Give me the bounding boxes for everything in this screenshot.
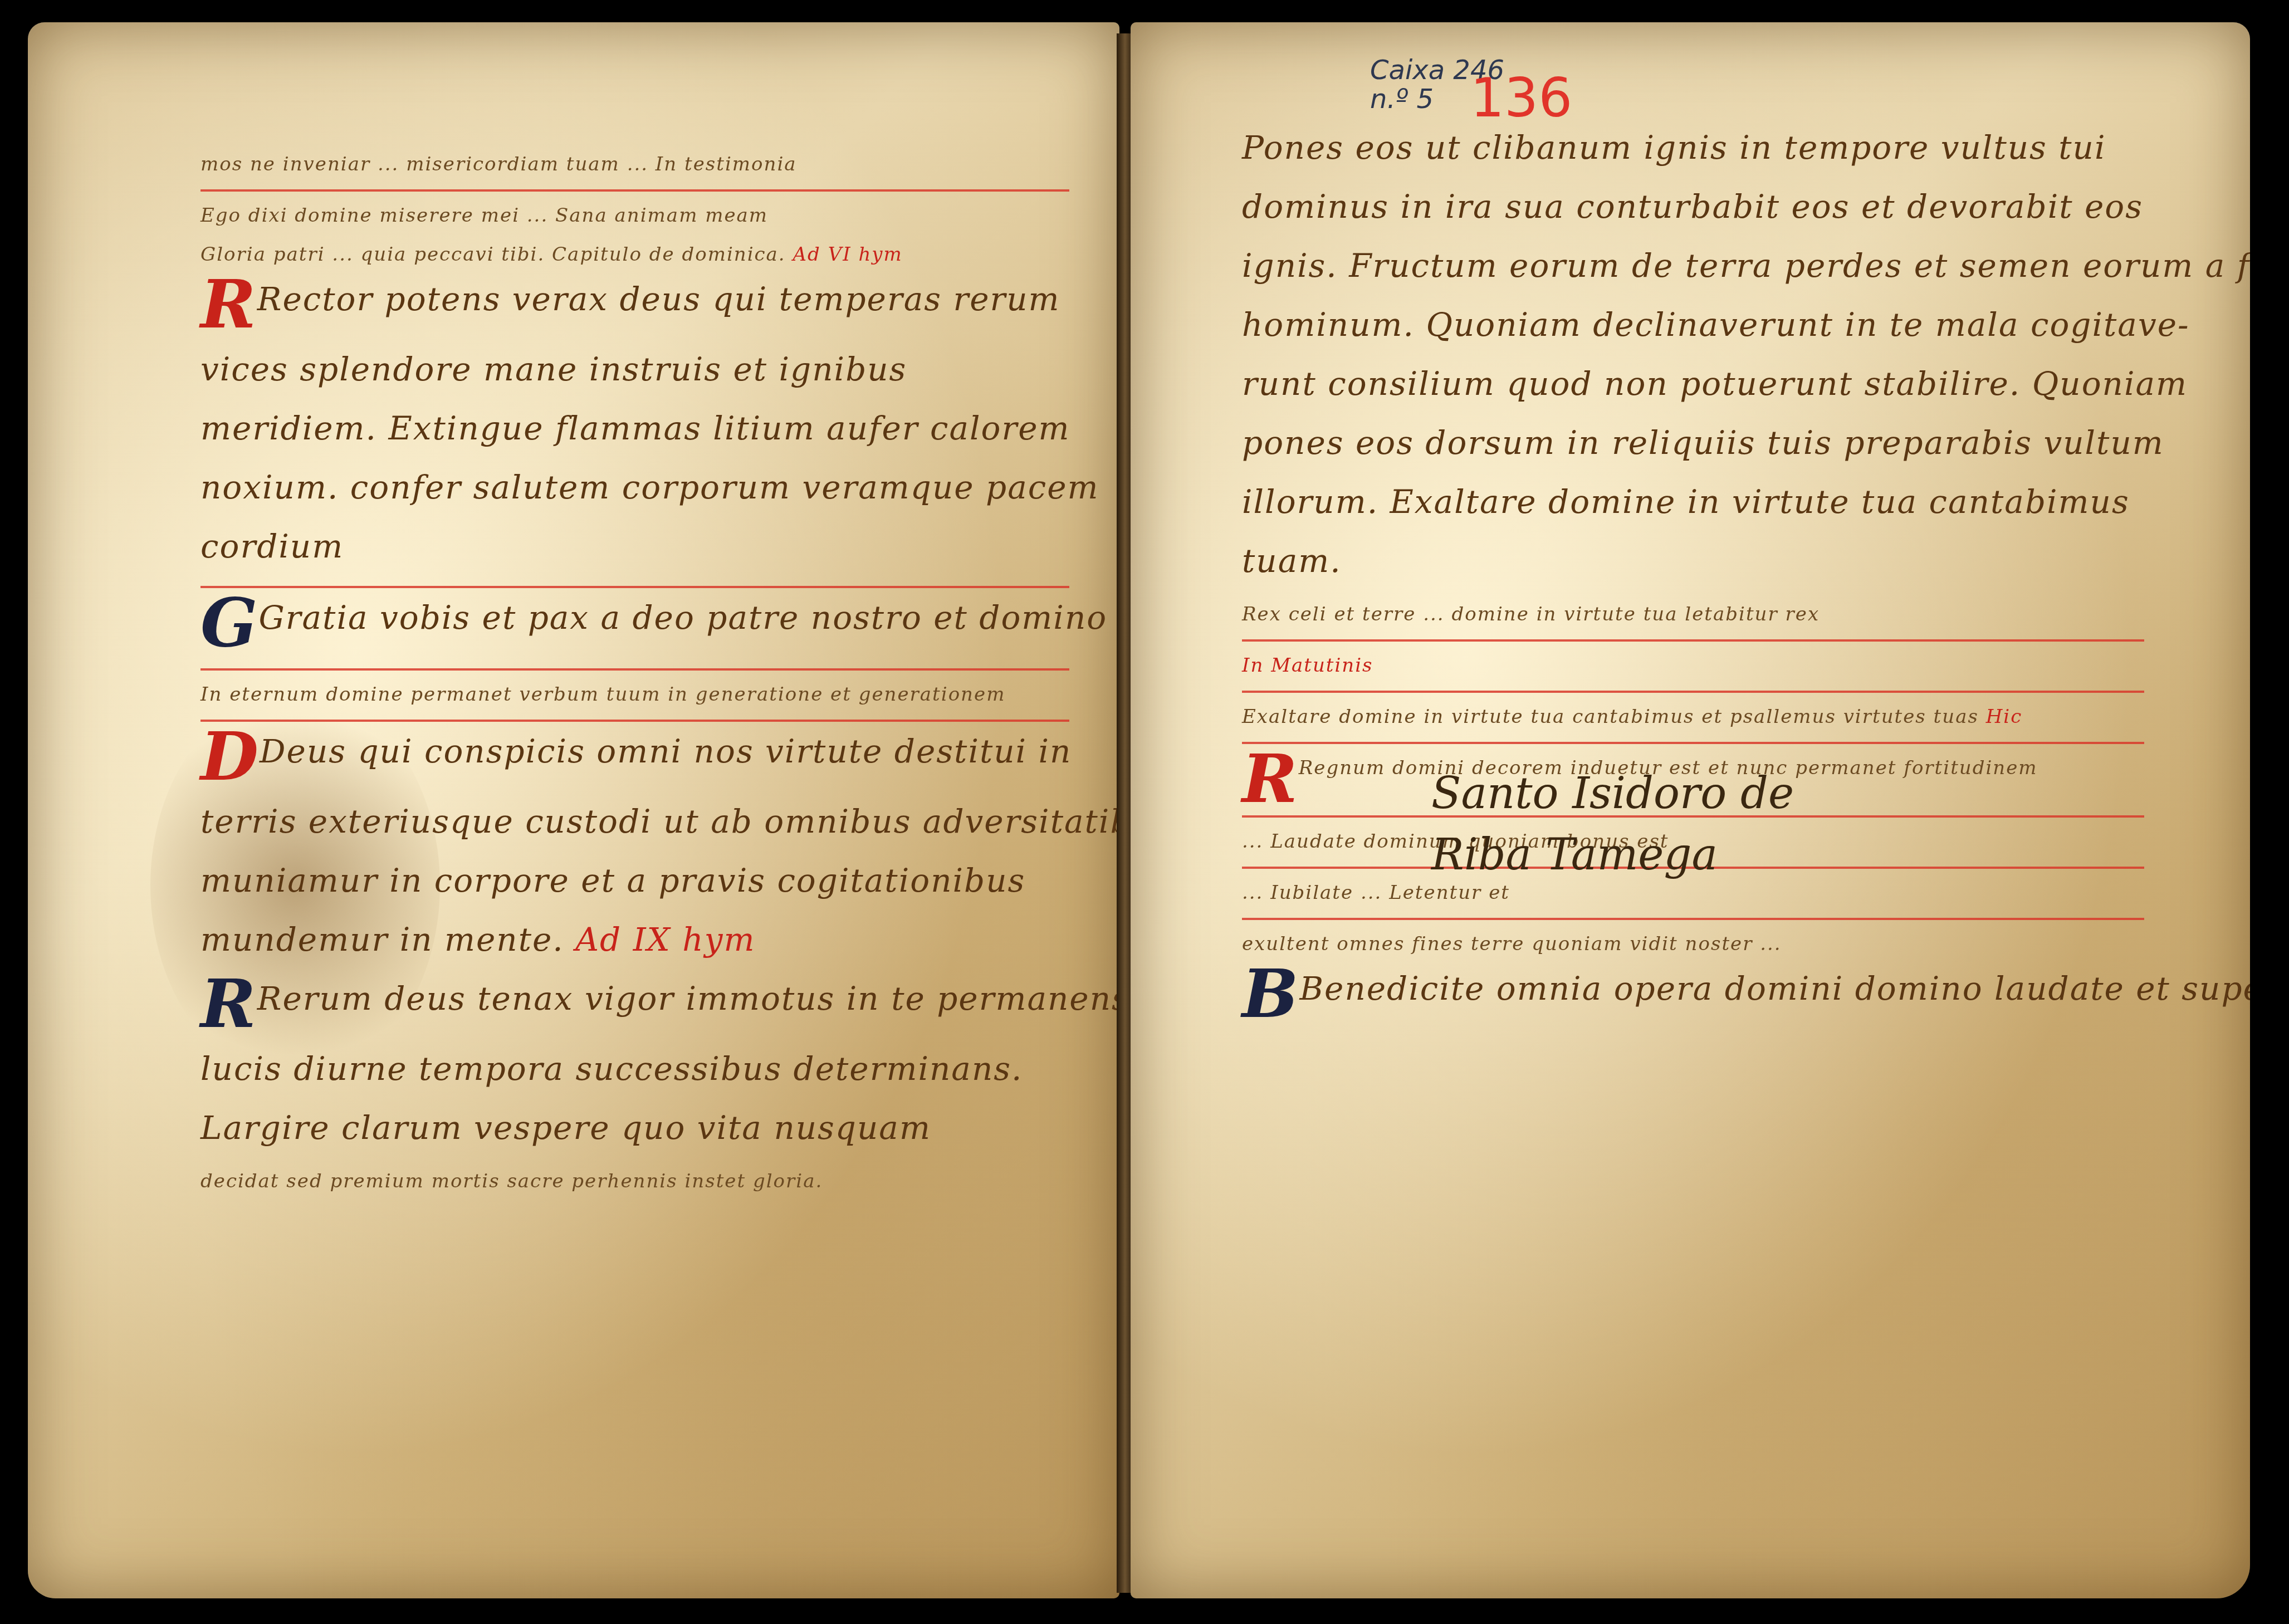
text-line: vices splendore mane instruis et ignibus	[200, 350, 1069, 389]
initial-letter: R	[200, 965, 257, 1043]
left-folio: mos ne inveniar ... misericordiam tuam .…	[28, 22, 1119, 1598]
text-line: lucis diurne tempora successibus determi…	[200, 1049, 1069, 1088]
text-line: muniamur in corpore et a pravis cogitati…	[200, 861, 1069, 900]
text-line: DDeus qui conspicis omni nos virtute des…	[200, 732, 1069, 782]
right-folio: Caixa 246 n.º 5 136 Pones eos ut clibanu…	[1131, 22, 2250, 1598]
text-line: In Matutinis	[1242, 652, 2144, 679]
initial-letter: B	[1242, 955, 1299, 1033]
text-line: mundemur in mente. Ad IX hym	[200, 920, 1069, 959]
initial-letter: G	[200, 584, 258, 662]
initial-letter: R	[200, 265, 257, 344]
staff-line	[1242, 742, 2144, 744]
text-line: noxium. confer salutem corporum veramque…	[200, 468, 1069, 507]
rubric: Ad IX hym	[575, 921, 755, 958]
staff-line	[1242, 918, 2144, 920]
text-line: Exaltare domine in virtute tua cantabimu…	[1242, 703, 2144, 731]
staff-line	[200, 586, 1069, 588]
staff-line	[200, 189, 1069, 192]
text-line: ignis. Fructum eorum de terra perdes et …	[1242, 246, 2144, 285]
text-line: illorum. Exaltare domine in virtute tua …	[1242, 482, 2144, 521]
text-line: In eternum domine permanet verbum tuum i…	[200, 681, 1069, 708]
right-text-column: Pones eos ut clibanum ignis in tempore v…	[1242, 128, 2144, 1039]
text-line: exultent omnes fines terre quoniam vidit…	[1242, 930, 2144, 958]
text-line: terris exteriusque custodi ut ab omnibus…	[200, 802, 1069, 841]
initial-letter: D	[200, 717, 260, 796]
rubric: Ad VI hym	[793, 243, 903, 266]
staff-line	[200, 720, 1069, 722]
text-line: tuam.	[1242, 541, 2144, 580]
text-line: runt consilium quod non potuerunt stabil…	[1242, 364, 2144, 403]
text-line: RRector potens verax deus qui temperas r…	[200, 280, 1069, 330]
folio-number: 136	[1470, 67, 1572, 129]
text-line: Pones eos ut clibanum ignis in tempore v…	[1242, 128, 2144, 167]
rubric: In Matutinis	[1242, 654, 1373, 677]
text-line: Ego dixi domine miserere mei ... Sana an…	[200, 202, 1069, 229]
text-line: Gloria patri ... quia peccavi tibi. Capi…	[200, 241, 1069, 268]
staff-line	[1242, 639, 2144, 642]
text-line: decidat sed premium mortis sacre perhenn…	[200, 1167, 1069, 1195]
later-ownership-inscription: Santo Isidoro de Riba Tamega	[1431, 763, 1794, 886]
text-line: Largire clarum vespere quo vita nusquam	[200, 1108, 1069, 1147]
left-text-column: mos ne inveniar ... misericordiam tuam .…	[200, 150, 1069, 1206]
text-line: meridiem. Extingue flammas litium aufer …	[200, 409, 1069, 448]
text-line: mos ne inveniar ... misericordiam tuam .…	[200, 150, 1069, 178]
text-line: GGratia vobis et pax a deo patre nostro …	[200, 598, 1069, 648]
text-line: dominus in ira sua conturbabit eos et de…	[1242, 187, 2144, 226]
text-line: Rex celi et terre ... domine in virtute …	[1242, 600, 2144, 628]
rubric: Hic	[1986, 706, 2023, 728]
text-line: pones eos dorsum in reliquiis tuis prepa…	[1242, 423, 2144, 462]
text-line: cordium	[200, 527, 1069, 566]
text-line: BBenedicite omnia opera domini domino la…	[1242, 969, 2144, 1019]
initial-letter: R	[1242, 740, 1299, 818]
staff-line	[1242, 691, 2144, 693]
staff-line	[200, 668, 1069, 671]
text-line: RRerum deus tenax vigor immotus in te pe…	[200, 979, 1069, 1029]
text-line: hominum. Quoniam declinaverunt in te mal…	[1242, 305, 2144, 344]
